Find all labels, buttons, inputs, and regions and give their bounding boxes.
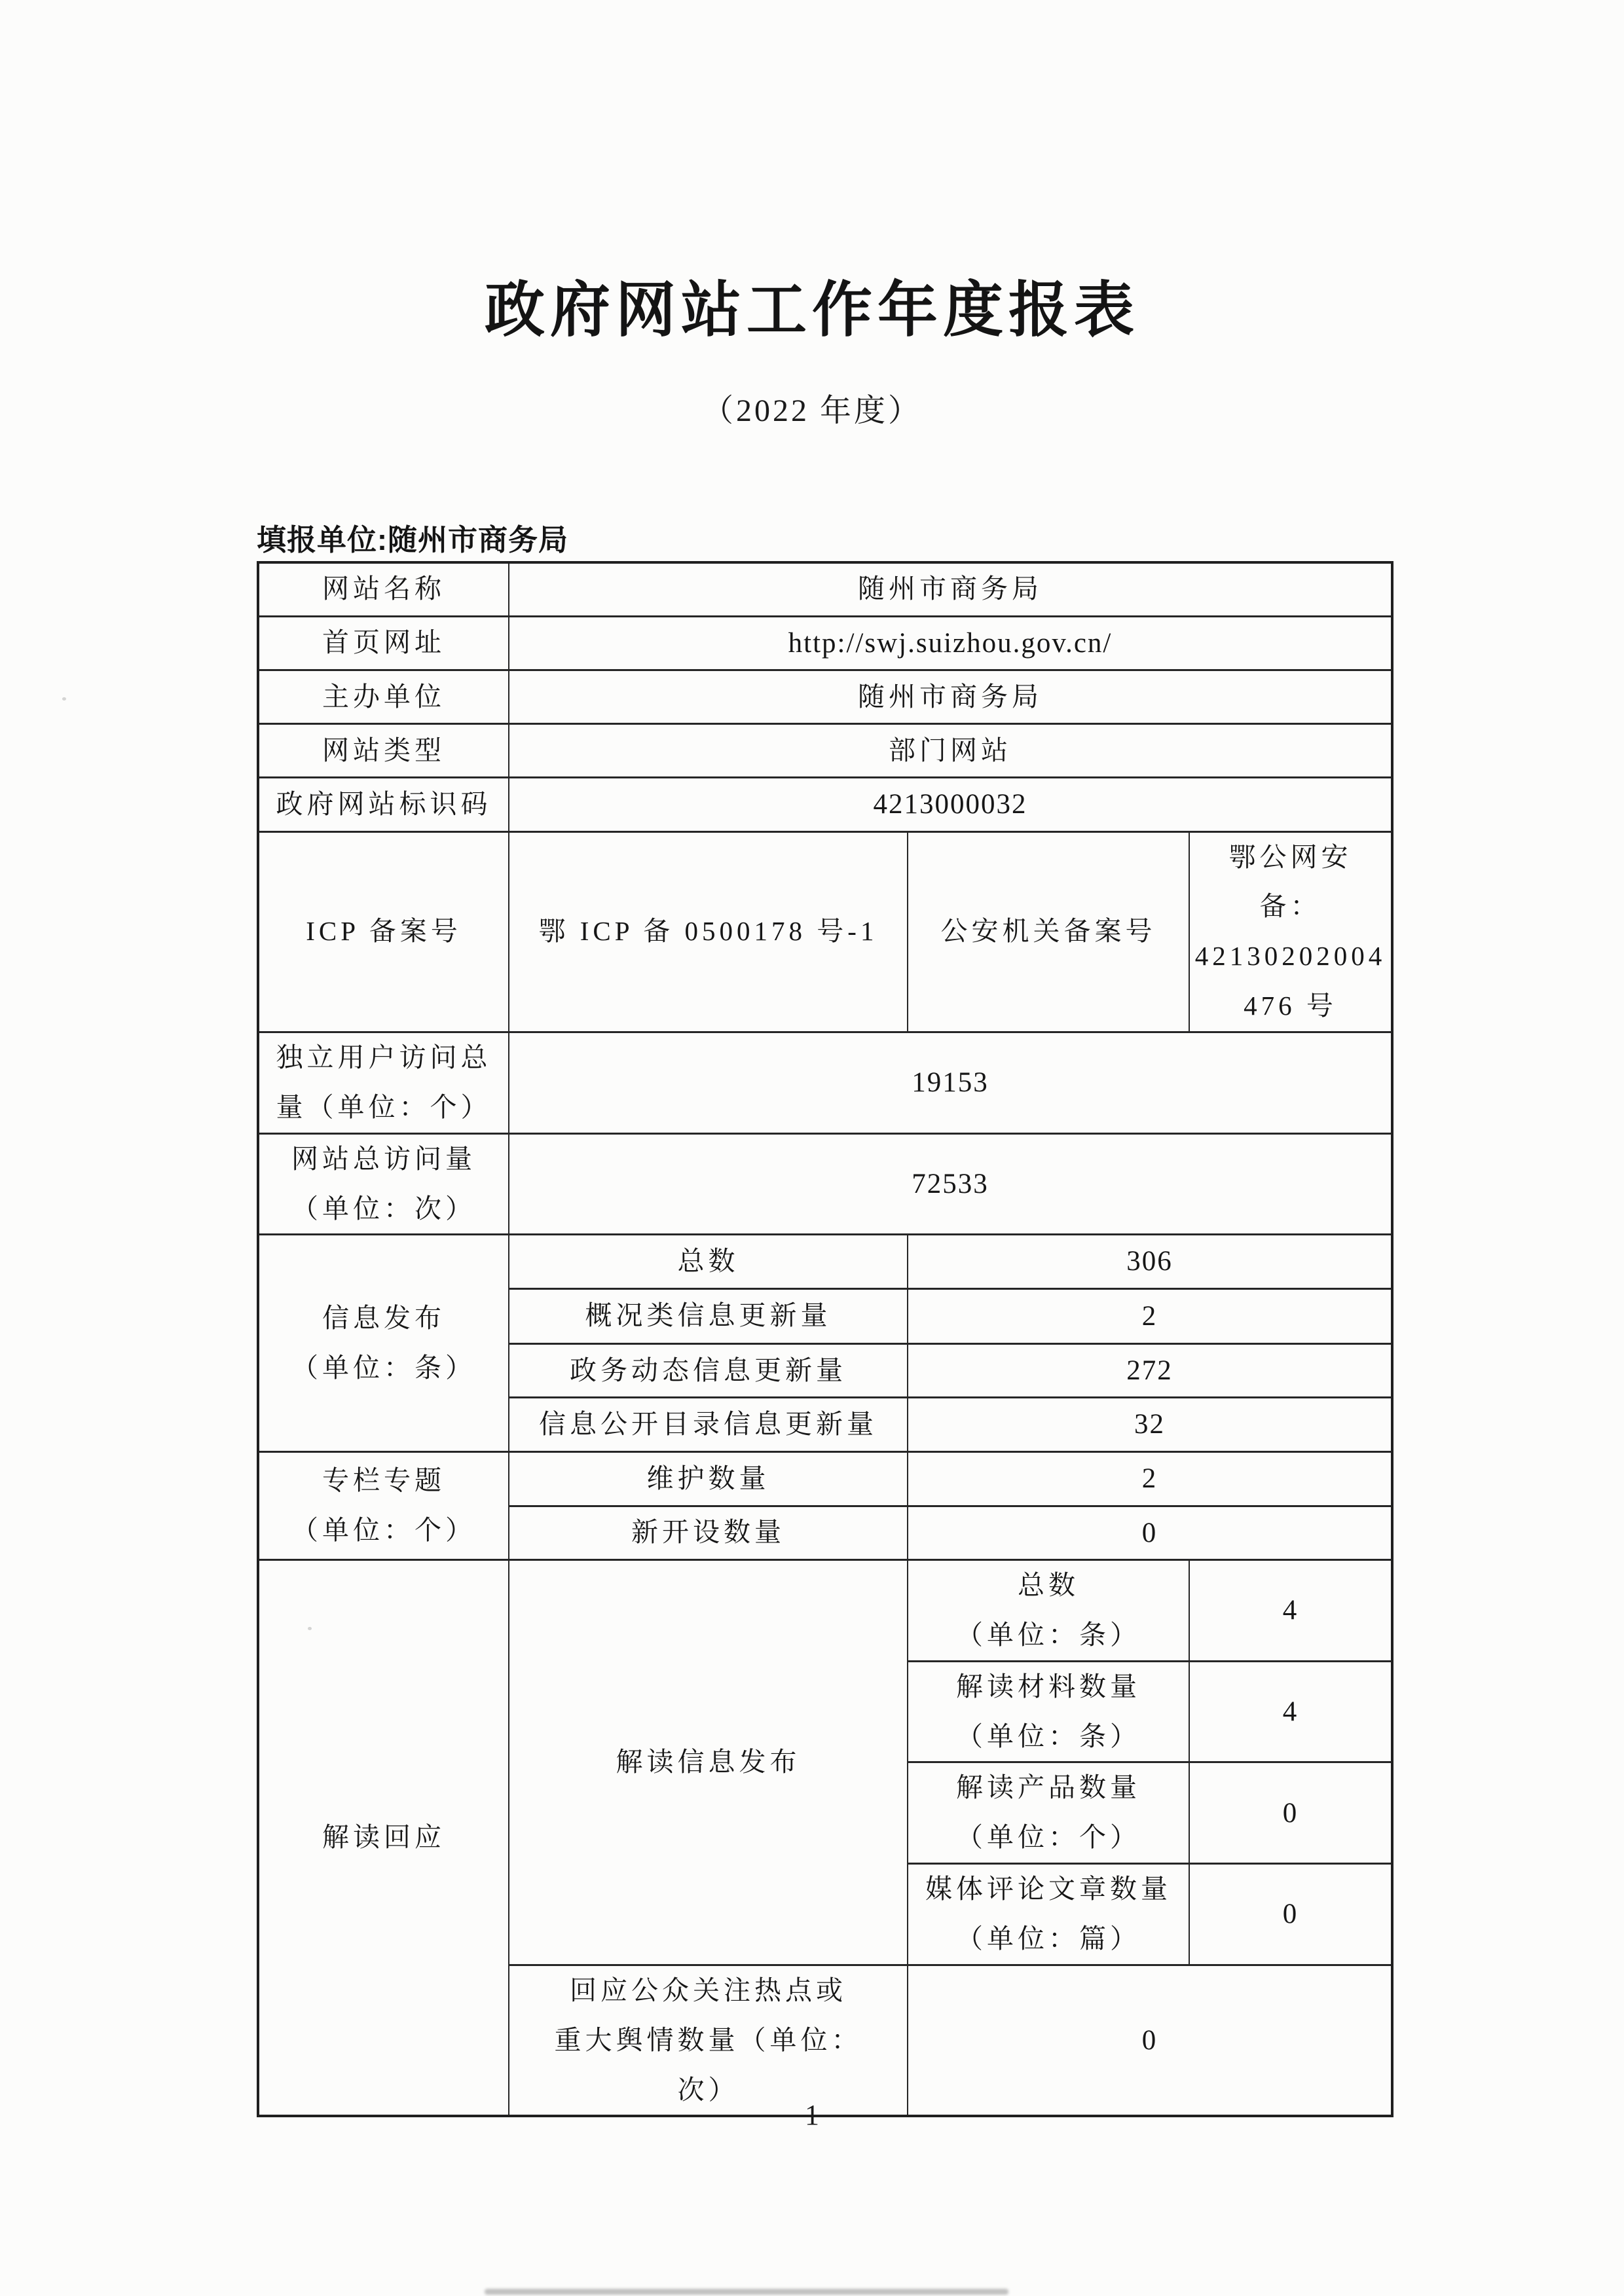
host-unit-label: 主办单位: [258, 670, 509, 724]
homepage-url-value: http://swj.suizhou.gov.cn/: [509, 616, 1392, 670]
special-column-section-label: 专栏专题 （单位：个）: [258, 1451, 509, 1559]
interpret-material-value: 4: [1189, 1661, 1392, 1762]
website-type-value: 部门网站: [509, 724, 1392, 778]
homepage-url-label: 首页网址: [258, 616, 509, 670]
open-catalog-update-label: 信息公开目录信息更新量: [509, 1398, 908, 1452]
interpret-total-value: 4: [1189, 1560, 1392, 1662]
document-page: 政府网站工作年度报表 （2022 年度） 填报单位:随州市商务局 网站名称 随州…: [0, 0, 1624, 2296]
icp-value: 鄂 ICP 备 0500178 号-1: [509, 831, 908, 1032]
interpret-product-label: 解读产品数量 （单位：个）: [908, 1762, 1189, 1864]
host-unit-value: 随州市商务局: [509, 670, 1392, 724]
table-row: 网站总访问量 （单位：次） 72533: [258, 1133, 1392, 1235]
info-publish-section-label: 信息发布 （单位：条）: [258, 1235, 509, 1452]
new-count-value: 0: [908, 1506, 1392, 1560]
website-name-label: 网站名称: [258, 562, 509, 616]
maintained-count-value: 2: [908, 1451, 1392, 1506]
new-count-label: 新开设数量: [509, 1506, 908, 1560]
interpret-product-value: 0: [1189, 1762, 1392, 1864]
website-name-value: 随州市商务局: [509, 562, 1392, 616]
gov-news-update-label: 政务动态信息更新量: [509, 1343, 908, 1398]
interpret-total-label: 总数 （单位：条）: [908, 1560, 1189, 1662]
info-total-value: 306: [908, 1235, 1392, 1289]
page-number: 1: [0, 2098, 1624, 2132]
total-visits-value: 72533: [509, 1133, 1392, 1235]
page-title: 政府网站工作年度报表: [0, 262, 1624, 348]
scan-artifact: [62, 697, 66, 701]
overview-update-label: 概况类信息更新量: [509, 1288, 908, 1343]
website-type-label: 网站类型: [258, 724, 509, 778]
table-row: 信息发布 （单位：条） 总数 306: [258, 1235, 1392, 1289]
overview-update-value: 2: [908, 1288, 1392, 1343]
table-row: 网站类型 部门网站: [258, 724, 1392, 778]
info-total-label: 总数: [509, 1235, 908, 1289]
annual-report-table: 网站名称 随州市商务局 首页网址 http://swj.suizhou.gov.…: [257, 561, 1393, 2117]
unique-visitors-label: 独立用户访问总 量（单位：个）: [258, 1032, 509, 1133]
page-subtitle: （2022 年度）: [0, 385, 1624, 430]
media-comment-label: 媒体评论文章数量 （单位：篇）: [908, 1864, 1189, 1965]
interpret-publish-label: 解读信息发布: [509, 1560, 908, 1965]
police-record-label: 公安机关备案号: [908, 831, 1189, 1032]
scan-artifact: [485, 2289, 1008, 2295]
interpret-material-label: 解读材料数量 （单位：条）: [908, 1661, 1189, 1762]
table-row: 独立用户访问总 量（单位：个） 19153: [258, 1032, 1392, 1133]
maintained-count-label: 维护数量: [509, 1451, 908, 1506]
interpret-response-section-label: 解读回应: [258, 1560, 509, 2117]
site-id-label: 政府网站标识码: [258, 778, 509, 832]
police-record-value: 鄂公网安 备： 42130202004 476 号: [1189, 831, 1392, 1032]
public-response-value: 0: [908, 1965, 1392, 2116]
total-visits-label: 网站总访问量 （单位：次）: [258, 1133, 509, 1235]
unique-visitors-value: 19153: [509, 1032, 1392, 1133]
open-catalog-update-value: 32: [908, 1398, 1392, 1452]
table-row-icp: ICP 备案号 鄂 ICP 备 0500178 号-1 公安机关备案号 鄂公网安…: [258, 831, 1392, 1032]
table-row: 主办单位 随州市商务局: [258, 670, 1392, 724]
table-row: 解读回应 解读信息发布 总数 （单位：条） 4: [258, 1560, 1392, 1662]
gov-news-update-value: 272: [908, 1343, 1392, 1398]
table-row: 网站名称 随州市商务局: [258, 562, 1392, 616]
public-response-label: 回应公众关注热点或 重大舆情数量（单位： 次）: [509, 1965, 908, 2116]
table-row: 首页网址 http://swj.suizhou.gov.cn/: [258, 616, 1392, 670]
table-row: 专栏专题 （单位：个） 维护数量 2: [258, 1451, 1392, 1506]
site-id-value: 4213000032: [509, 778, 1392, 832]
media-comment-value: 0: [1189, 1864, 1392, 1965]
scan-artifact: [308, 1627, 312, 1630]
icp-label: ICP 备案号: [258, 831, 509, 1032]
table-row: 政府网站标识码 4213000032: [258, 778, 1392, 832]
reporting-unit-label: 填报单位:随州市商务局: [257, 516, 568, 558]
